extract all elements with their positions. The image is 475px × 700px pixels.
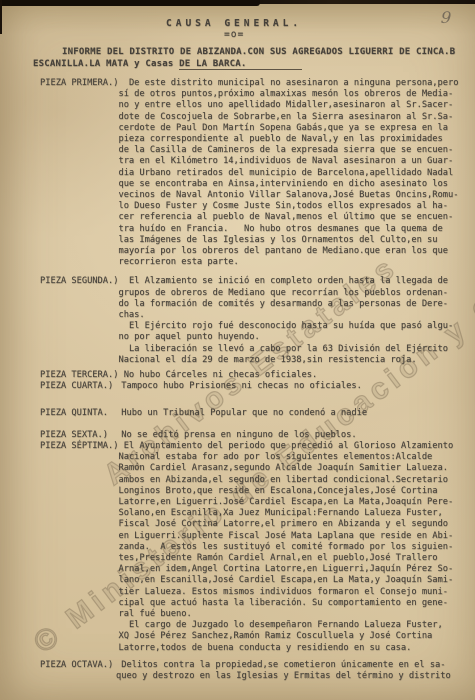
pieza-label: PIEZA QUINTA.	[40, 408, 116, 419]
pieza-text: Tampoco hubo Prisiones ni checas no ofic…	[116, 381, 468, 392]
pieza-section-sexta: PIEZA SEXTA.) No se editó prensa en ning…	[40, 430, 475, 441]
subtitle-underlined-text: DE LA BARCA.	[179, 59, 301, 70]
pieza-section-tercera: PIEZA TERCERA.) No hubo Cárceles ni chec…	[40, 370, 475, 381]
document-subtitle-line1: INFORME DEL DISTRITO DE ABIZANDA.CON SUS…	[62, 46, 475, 58]
pieza-text: No se editó prensa en ninguno de los pue…	[116, 430, 468, 441]
pieza-section-cuarta: PIEZA CUARTA.) Tampoco hubo Prisiones ni…	[40, 381, 475, 392]
document-content: CAUSA GENERAL. =o= INFORME DEL DISTRITO …	[0, 0, 475, 682]
pieza-text: Hubo un Tribunal Popular que no condenó …	[116, 408, 468, 419]
pieza-label: PIEZA SEGUNDA.)	[40, 276, 118, 287]
pieza-label: PIEZA CUARTA.)	[40, 381, 116, 392]
title-separator: =o=	[224, 29, 475, 40]
pieza-text: De este distrito municipal no asesinaron…	[118, 78, 470, 268]
pieza-text: Delitos contra la propiedad,se cometiero…	[116, 660, 468, 682]
pieza-label: PIEZA PRIMERA.)	[40, 78, 118, 89]
document-subtitle-line2: ESCANILLA.LA MATA y Casas DE LA BARCA.	[33, 58, 475, 71]
subtitle-plain-text: ESCANILLA.LA MATA y Casas	[33, 59, 179, 69]
pieza-section-segunda: PIEZA SEGUNDA.) El Alzamiento se inició …	[40, 276, 475, 366]
pieza-label: PIEZA OCTAVA.)	[40, 660, 116, 671]
pieza-label: PIEZA TERCERA.)	[40, 370, 118, 381]
document-title: CAUSA GENERAL.	[166, 18, 475, 29]
pieza-text: No hubo Cárceles ni checas oficiales.	[118, 370, 470, 381]
pieza-label: PIEZA SEXTA.)	[40, 430, 116, 441]
pieza-text: El Alzamiento se inició en completo orde…	[118, 276, 470, 366]
pieza-section-septima: PIEZA SÉPTIMA.) El Ayuntamiento del peri…	[40, 441, 475, 654]
scanned-document-page: Archivos Estatales © Ministerio de Educa…	[0, 0, 475, 700]
pieza-section-octava: PIEZA OCTAVA.) Delitos contra la propied…	[40, 660, 475, 682]
pieza-text: El Ayuntamiento del periodo que precedió…	[118, 441, 470, 654]
pieza-label: PIEZA SÉPTIMA.)	[40, 441, 118, 452]
pieza-section-primera: PIEZA PRIMERA.) De este distrito municip…	[40, 78, 475, 268]
pieza-section-quinta: PIEZA QUINTA. Hubo un Tribunal Popular q…	[40, 408, 475, 419]
